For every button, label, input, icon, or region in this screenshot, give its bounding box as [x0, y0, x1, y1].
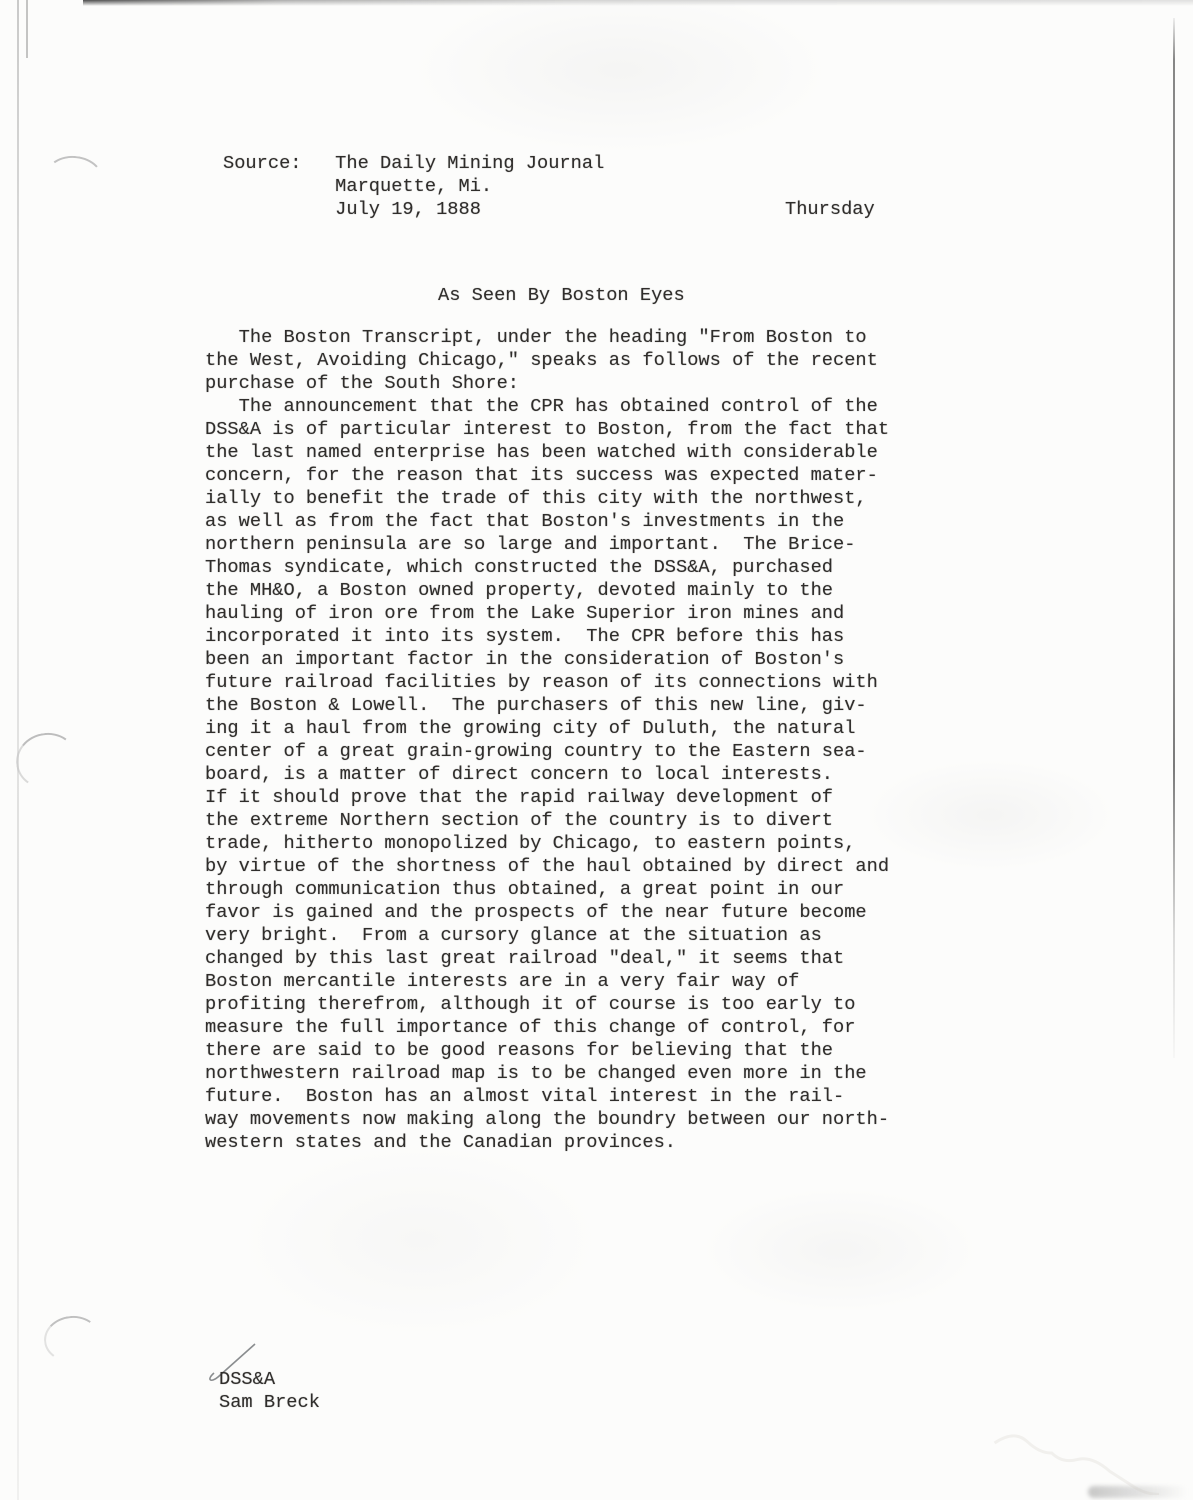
- source-block: Source: The Daily Mining Journal Marquet…: [223, 152, 604, 221]
- punch-hole-shadow-top: [42, 153, 107, 207]
- scan-artifact-right-paper-edge: [1173, 18, 1175, 1058]
- footer-annotation-block: DSS&A Sam Breck: [219, 1368, 320, 1414]
- article-title: As Seen By Boston Eyes: [438, 284, 685, 307]
- article-body: The Boston Transcript, under the heading…: [205, 326, 889, 1154]
- faint-pencil-mark: [985, 1425, 1175, 1495]
- scan-artifact-top-edge: [83, 0, 1193, 6]
- punch-hole-shadow-bottom: [42, 1313, 103, 1365]
- scanned-document-page: Source: The Daily Mining Journal Marquet…: [0, 0, 1193, 1500]
- scan-artifact-left-edge-top: [26, 0, 28, 58]
- weekday-label: Thursday: [785, 198, 875, 221]
- punch-hole-shadow-middle: [12, 729, 81, 793]
